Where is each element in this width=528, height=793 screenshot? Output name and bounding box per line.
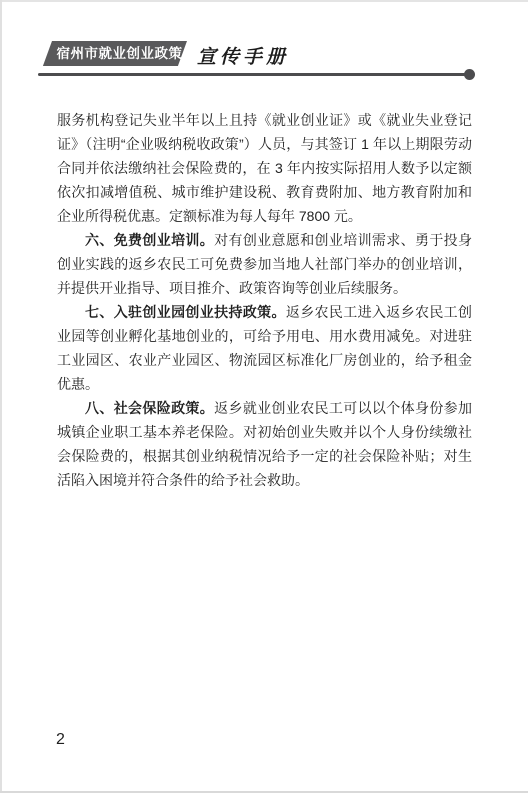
scan-edge-top bbox=[0, 0, 528, 2]
paragraph: 服务机构登记失业半年以上且持《就业创业证》或《就业失业登记证》（注明“企业吸纳税… bbox=[57, 108, 472, 228]
header-rule bbox=[38, 73, 466, 76]
booklet-page: 宿州市就业创业政策 宣传手册 服务机构登记失业半年以上且持《就业创业证》或《就业… bbox=[0, 0, 528, 793]
page-number: 2 bbox=[56, 731, 65, 749]
header-banner: 宿州市就业创业政策 bbox=[43, 41, 187, 66]
header-banner-label: 宿州市就业创业政策 bbox=[52, 41, 187, 66]
header-subtitle: 宣传手册 bbox=[197, 42, 289, 69]
paragraph-lead: 六、免费创业培训。 bbox=[85, 232, 214, 248]
paragraph-text: 服务机构登记失业半年以上且持《就业创业证》或《就业失业登记证》（注明“企业吸纳税… bbox=[57, 112, 472, 224]
paragraph-lead: 七、入驻创业园创业扶持政策。 bbox=[85, 304, 286, 320]
body-paragraphs: 服务机构登记失业半年以上且持《就业创业证》或《就业失业登记证》（注明“企业吸纳税… bbox=[57, 108, 472, 492]
header-rule-dot bbox=[464, 69, 475, 80]
paragraph: 六、免费创业培训。对有创业意愿和创业培训需求、勇于投身创业实践的返乡农民工可免费… bbox=[57, 228, 472, 300]
scan-edge-left bbox=[0, 0, 2, 793]
paragraph-lead: 八、社会保险政策。 bbox=[85, 400, 214, 416]
paragraph: 七、入驻创业园创业扶持政策。返乡农民工进入返乡农民工创业园等创业孵化基地创业的，… bbox=[57, 300, 472, 396]
paragraph: 八、社会保险政策。返乡就业创业农民工可以以个体身份参加城镇企业职工基本养老保险。… bbox=[57, 396, 472, 492]
